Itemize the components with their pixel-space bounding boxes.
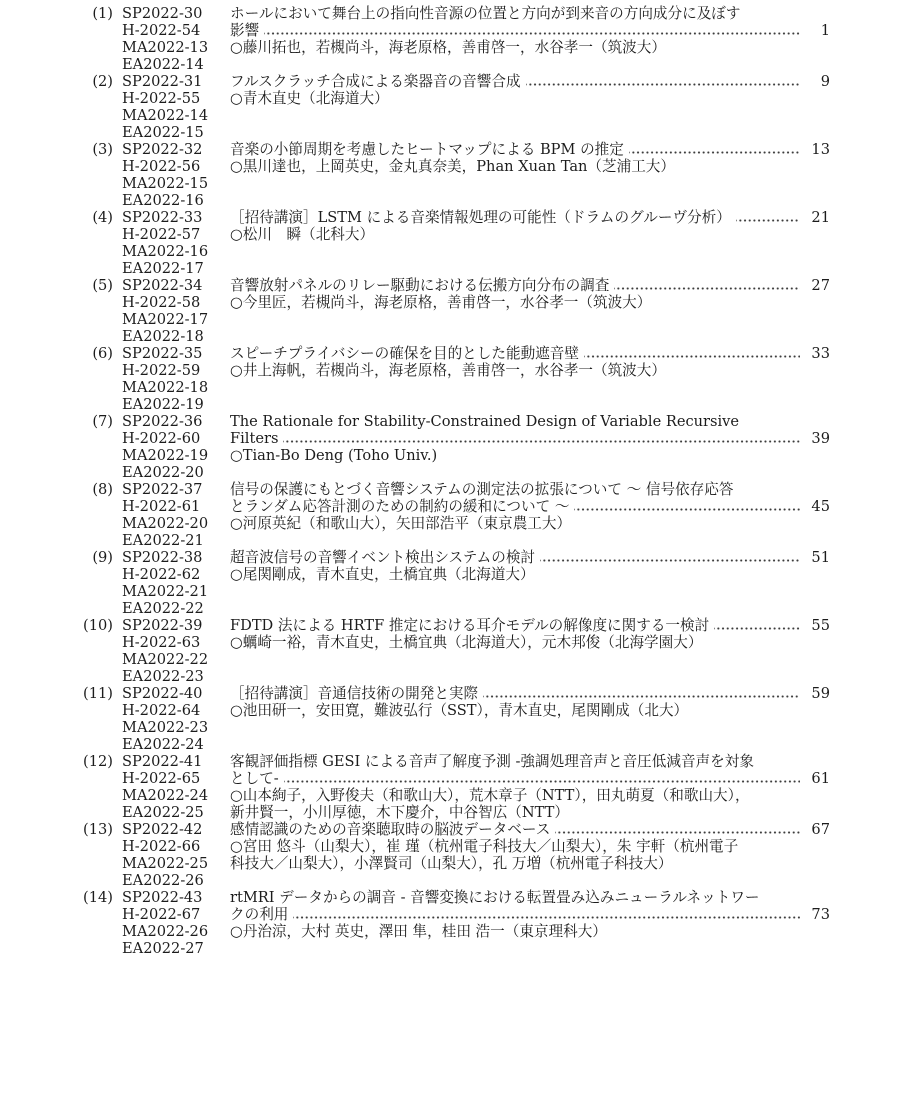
entry-title-text: スピーチプライバシーの確保を目的とした能動遮音壁 (230, 345, 579, 362)
entry-authors-line: ○丹治涼，大村 英史，澤田 隼，桂田 浩一（東京理科大） (230, 923, 830, 940)
entry-number: (3) (80, 141, 113, 158)
dot-leader (736, 209, 800, 226)
entry-page-number: 45 (808, 498, 830, 515)
entry-content: ［招待講演］LSTM による音楽情報処理の可能性（ドラムのグルーヴ分析）21○松… (230, 209, 830, 243)
paper-code: SP2022-39 (122, 617, 230, 634)
entry-title-line: Filters39 (230, 430, 830, 447)
entry-number: (8) (80, 481, 113, 498)
paper-code: MA2022-21 (122, 583, 230, 600)
entry-page-number: 21 (808, 209, 830, 226)
toc-entry: (4) SP2022-33H-2022-57MA2022-16EA2022-17… (80, 209, 830, 277)
paper-code: EA2022-26 (122, 872, 230, 889)
entry-title-line: 影響1 (230, 22, 830, 39)
entry-authors-line: ○山本絢子，入野俊夫（和歌山大），荒木章子（NTT），田丸萌夏（和歌山大）， (230, 787, 830, 804)
paper-code: H-2022-65 (122, 770, 230, 787)
entry-content: 音楽の小節周期を考慮したヒートマップによる BPM の推定13○黒川達也，上岡英… (230, 141, 830, 175)
entry-number: (2) (80, 73, 113, 90)
entry-codes: SP2022-32H-2022-56MA2022-15EA2022-16 (113, 141, 230, 209)
dot-leader (555, 821, 800, 838)
paper-code: H-2022-59 (122, 362, 230, 379)
entry-title-line: ［招待講演］音通信技術の開発と実際59 (230, 685, 830, 702)
entry-authors-line: ○黒川達也，上岡英史，金丸真奈美，Phan Xuan Tan（芝浦工大） (230, 158, 830, 175)
entry-title-line: 感情認識のための音楽聴取時の脳波データベース67 (230, 821, 830, 838)
paper-code: EA2022-22 (122, 600, 230, 617)
paper-code: MA2022-23 (122, 719, 230, 736)
entry-authors-line: ○青木直史（北海道大） (230, 90, 830, 107)
paper-code: SP2022-34 (122, 277, 230, 294)
entry-authors-line: ○松川 瞬（北科大） (230, 226, 830, 243)
entry-page-number: 1 (808, 22, 830, 39)
entry-title-line: ホールにおいて舞台上の指向性音源の位置と方向が到来音の方向成分に及ぼす (230, 5, 830, 22)
entry-title-line: 音楽の小節周期を考慮したヒートマップによる BPM の推定13 (230, 141, 830, 158)
dot-leader (540, 549, 800, 566)
dot-leader (629, 141, 800, 158)
entry-title-line: FDTD 法による HRTF 推定における耳介モデルの解像度に関する一検討55 (230, 617, 830, 634)
paper-code: H-2022-60 (122, 430, 230, 447)
paper-code: H-2022-67 (122, 906, 230, 923)
paper-code: EA2022-16 (122, 192, 230, 209)
paper-code: SP2022-30 (122, 5, 230, 22)
entry-title-text: フルスクラッチ合成による楽器音の音響合成 (230, 73, 521, 90)
paper-code: SP2022-33 (122, 209, 230, 226)
paper-code: H-2022-55 (122, 90, 230, 107)
entry-codes: SP2022-31H-2022-55MA2022-14EA2022-15 (113, 73, 230, 141)
paper-code: MA2022-13 (122, 39, 230, 56)
entry-codes: SP2022-38H-2022-62MA2022-21EA2022-22 (113, 549, 230, 617)
entry-title-text: 超音波信号の音響イベント検出システムの検討 (230, 549, 535, 566)
entry-page-number: 51 (808, 549, 830, 566)
entry-page-number: 61 (808, 770, 830, 787)
dot-leader (574, 498, 800, 515)
paper-code: EA2022-23 (122, 668, 230, 685)
paper-code: H-2022-54 (122, 22, 230, 39)
entry-codes: SP2022-43H-2022-67MA2022-26EA2022-27 (113, 889, 230, 957)
paper-code: EA2022-27 (122, 940, 230, 957)
toc-entry: (8) SP2022-37H-2022-61MA2022-20EA2022-21… (80, 481, 830, 549)
entry-number: (1) (80, 5, 113, 22)
paper-code: SP2022-35 (122, 345, 230, 362)
paper-code: H-2022-56 (122, 158, 230, 175)
toc-entry: (10) SP2022-39H-2022-63MA2022-22EA2022-2… (80, 617, 830, 685)
paper-code: H-2022-63 (122, 634, 230, 651)
entry-title-line: 信号の保護にもとづく音響システムの測定法の拡張について ～ 信号依存応答 (230, 481, 830, 498)
entry-number: (14) (80, 889, 113, 906)
entry-title-line: スピーチプライバシーの確保を目的とした能動遮音壁33 (230, 345, 830, 362)
entry-title-text: Filters (230, 430, 278, 447)
toc-entry: (14) SP2022-43H-2022-67MA2022-26EA2022-2… (80, 889, 830, 957)
entry-content: ホールにおいて舞台上の指向性音源の位置と方向が到来音の方向成分に及ぼす影響1○藤… (230, 5, 830, 56)
entry-codes: SP2022-39H-2022-63MA2022-22EA2022-23 (113, 617, 230, 685)
paper-code: SP2022-37 (122, 481, 230, 498)
paper-code: SP2022-41 (122, 753, 230, 770)
entry-authors-line: ○藤川拓也，若槻尚斗，海老原格，善甫啓一，水谷孝一（筑波大） (230, 39, 830, 56)
entry-number: (6) (80, 345, 113, 362)
entry-title-line: 音響放射パネルのリレー駆動における伝搬方向分布の調査27 (230, 277, 830, 294)
paper-code: EA2022-25 (122, 804, 230, 821)
entry-page-number: 39 (808, 430, 830, 447)
entry-title-line: ［招待講演］LSTM による音楽情報処理の可能性（ドラムのグルーヴ分析）21 (230, 209, 830, 226)
entry-authors-line: ○今里匠，若槻尚斗，海老原格，善甫啓一，水谷孝一（筑波大） (230, 294, 830, 311)
entry-codes: SP2022-40H-2022-64MA2022-23EA2022-24 (113, 685, 230, 753)
entry-page-number: 27 (808, 277, 830, 294)
entry-page-number: 13 (808, 141, 830, 158)
entry-number: (11) (80, 685, 113, 702)
entry-title-line: 客観評価指標 GESI による音声了解度予測 -強調処理音声と音圧低減音声を対象 (230, 753, 830, 770)
entry-page-number: 59 (808, 685, 830, 702)
paper-code: MA2022-20 (122, 515, 230, 532)
toc-entry: (3) SP2022-32H-2022-56MA2022-15EA2022-16… (80, 141, 830, 209)
entry-title-line: クの利用73 (230, 906, 830, 923)
toc-entry: (9) SP2022-38H-2022-62MA2022-21EA2022-22… (80, 549, 830, 617)
entry-number: (13) (80, 821, 113, 838)
paper-code: MA2022-17 (122, 311, 230, 328)
entry-content: ［招待講演］音通信技術の開発と実際59○池田研一，安田寛，難波弘行（SST），青… (230, 685, 830, 719)
paper-code: MA2022-24 (122, 787, 230, 804)
paper-code: MA2022-22 (122, 651, 230, 668)
entry-authors-line: ○井上海帆，若槻尚斗，海老原格，善甫啓一，水谷孝一（筑波大） (230, 362, 830, 379)
paper-code: SP2022-42 (122, 821, 230, 838)
entry-page-number: 55 (808, 617, 830, 634)
entry-content: 超音波信号の音響イベント検出システムの検討51○尾関剛成，青木直史，土橋宜典（北… (230, 549, 830, 583)
paper-code: H-2022-61 (122, 498, 230, 515)
paper-code: H-2022-62 (122, 566, 230, 583)
paper-code: MA2022-15 (122, 175, 230, 192)
dot-leader (283, 430, 800, 447)
dot-leader (483, 685, 800, 702)
entry-number: (12) (80, 753, 113, 770)
entry-authors-line: ○池田研一，安田寛，難波弘行（SST），青木直史，尾関剛成（北大） (230, 702, 830, 719)
entry-title-line: 超音波信号の音響イベント検出システムの検討51 (230, 549, 830, 566)
paper-code: MA2022-14 (122, 107, 230, 124)
entry-title-line: フルスクラッチ合成による楽器音の音響合成9 (230, 73, 830, 90)
entry-authors-line: ○尾関剛成，青木直史，土橋宜典（北海道大） (230, 566, 830, 583)
entry-title-line: とランダム応答計測のための制約の緩和について ～45 (230, 498, 830, 515)
paper-code: H-2022-58 (122, 294, 230, 311)
paper-code: H-2022-57 (122, 226, 230, 243)
toc-entry: (6) SP2022-35H-2022-59MA2022-18EA2022-19… (80, 345, 830, 413)
entry-number: (10) (80, 617, 113, 634)
paper-code: MA2022-19 (122, 447, 230, 464)
entry-title-text: とランダム応答計測のための制約の緩和について ～ (230, 498, 569, 515)
paper-code: MA2022-25 (122, 855, 230, 872)
toc-entry: (12) SP2022-41H-2022-65MA2022-24EA2022-2… (80, 753, 830, 821)
paper-code: EA2022-19 (122, 396, 230, 413)
paper-code: H-2022-66 (122, 838, 230, 855)
toc-entry: (11) SP2022-40H-2022-64MA2022-23EA2022-2… (80, 685, 830, 753)
entry-content: FDTD 法による HRTF 推定における耳介モデルの解像度に関する一検討55○… (230, 617, 830, 651)
toc-entry: (7) SP2022-36H-2022-60MA2022-19EA2022-20… (80, 413, 830, 481)
entry-content: 信号の保護にもとづく音響システムの測定法の拡張について ～ 信号依存応答とランダ… (230, 481, 830, 532)
entry-content: 客観評価指標 GESI による音声了解度予測 -強調処理音声と音圧低減音声を対象… (230, 753, 830, 821)
entry-number: (9) (80, 549, 113, 566)
entry-content: The Rationale for Stability-Constrained … (230, 413, 830, 464)
entry-page-number: 73 (808, 906, 830, 923)
entry-title-text: ［招待講演］音通信技術の開発と実際 (230, 685, 478, 702)
paper-code: EA2022-20 (122, 464, 230, 481)
entry-title-text: ［招待講演］LSTM による音楽情報処理の可能性（ドラムのグルーヴ分析） (230, 209, 731, 226)
paper-code: MA2022-18 (122, 379, 230, 396)
paper-code: SP2022-31 (122, 73, 230, 90)
table-of-contents: (1) SP2022-30H-2022-54MA2022-13EA2022-14… (80, 5, 830, 957)
toc-entry: (2) SP2022-31H-2022-55MA2022-14EA2022-15… (80, 73, 830, 141)
entry-content: フルスクラッチ合成による楽器音の音響合成9○青木直史（北海道大） (230, 73, 830, 107)
dot-leader (584, 345, 800, 362)
entry-authors-line: ○Tian-Bo Deng (Toho Univ.) (230, 447, 830, 464)
entry-content: 感情認識のための音楽聴取時の脳波データベース67○宮田 悠斗（山梨大），崔 瑾（… (230, 821, 830, 872)
entry-authors-line: ○宮田 悠斗（山梨大），崔 瑾（杭州電子科技大／山梨大），朱 宇軒（杭州電子 (230, 838, 830, 855)
entry-title-text: 音響放射パネルのリレー駆動における伝搬方向分布の調査 (230, 277, 609, 294)
paper-code: EA2022-14 (122, 56, 230, 73)
entry-authors-line: 新井賢一，小川厚徳，木下慶介，中谷智広（NTT） (230, 804, 830, 821)
toc-entry: (5) SP2022-34H-2022-58MA2022-17EA2022-18… (80, 277, 830, 345)
entry-title-text: 音楽の小節周期を考慮したヒートマップによる BPM の推定 (230, 141, 624, 158)
toc-entry: (13) SP2022-42H-2022-66MA2022-25EA2022-2… (80, 821, 830, 889)
paper-code: MA2022-16 (122, 243, 230, 260)
dot-leader (614, 277, 800, 294)
paper-code: EA2022-15 (122, 124, 230, 141)
paper-code: EA2022-18 (122, 328, 230, 345)
entry-title-text: クの利用 (230, 906, 288, 923)
entry-codes: SP2022-41H-2022-65MA2022-24EA2022-25 (113, 753, 230, 821)
paper-code: EA2022-24 (122, 736, 230, 753)
entry-codes: SP2022-36H-2022-60MA2022-19EA2022-20 (113, 413, 230, 481)
entry-authors-line: ○河原英紀（和歌山大），矢田部浩平（東京農工大） (230, 515, 830, 532)
entry-page-number: 9 (808, 73, 830, 90)
entry-content: 音響放射パネルのリレー駆動における伝搬方向分布の調査27○今里匠，若槻尚斗，海老… (230, 277, 830, 311)
entry-number: (5) (80, 277, 113, 294)
paper-code: SP2022-40 (122, 685, 230, 702)
entry-title-text: として- (230, 770, 279, 787)
entry-title-text: 影響 (230, 22, 259, 39)
entry-codes: SP2022-33H-2022-57MA2022-16EA2022-17 (113, 209, 230, 277)
dot-leader (293, 906, 800, 923)
entry-authors-line: 科技大／山梨大），小澤賢司（山梨大），孔 万増（杭州電子科技大） (230, 855, 830, 872)
entry-page-number: 67 (808, 821, 830, 838)
entry-codes: SP2022-37H-2022-61MA2022-20EA2022-21 (113, 481, 230, 549)
entry-authors-line: ○蠣崎一裕，青木直史，土橋宜典（北海道大），元木邦俊（北海学園大） (230, 634, 830, 651)
entry-title-text: 感情認識のための音楽聴取時の脳波データベース (230, 821, 550, 838)
entry-codes: SP2022-42H-2022-66MA2022-25EA2022-26 (113, 821, 230, 889)
entry-codes: SP2022-34H-2022-58MA2022-17EA2022-18 (113, 277, 230, 345)
entry-title-line: The Rationale for Stability-Constrained … (230, 413, 830, 430)
paper-code: SP2022-36 (122, 413, 230, 430)
entry-codes: SP2022-30H-2022-54MA2022-13EA2022-14 (113, 5, 230, 73)
paper-code: EA2022-21 (122, 532, 230, 549)
entry-title-text: FDTD 法による HRTF 推定における耳介モデルの解像度に関する一検討 (230, 617, 709, 634)
paper-code: H-2022-64 (122, 702, 230, 719)
entry-title-line: rtMRI データからの調音 - 音響変換における転置畳み込みニューラルネットワ… (230, 889, 830, 906)
toc-entry: (1) SP2022-30H-2022-54MA2022-13EA2022-14… (80, 5, 830, 73)
paper-code: EA2022-17 (122, 260, 230, 277)
entry-page-number: 33 (808, 345, 830, 362)
dot-leader (526, 73, 800, 90)
entry-content: スピーチプライバシーの確保を目的とした能動遮音壁33○井上海帆，若槻尚斗，海老原… (230, 345, 830, 379)
paper-code: SP2022-38 (122, 549, 230, 566)
entry-content: rtMRI データからの調音 - 音響変換における転置畳み込みニューラルネットワ… (230, 889, 830, 940)
entry-codes: SP2022-35H-2022-59MA2022-18EA2022-19 (113, 345, 230, 413)
paper-code: MA2022-26 (122, 923, 230, 940)
paper-code: SP2022-43 (122, 889, 230, 906)
entry-number: (7) (80, 413, 113, 430)
dot-leader (264, 22, 800, 39)
dot-leader (714, 617, 800, 634)
dot-leader (284, 770, 800, 787)
entry-title-line: として-61 (230, 770, 830, 787)
entry-number: (4) (80, 209, 113, 226)
paper-code: SP2022-32 (122, 141, 230, 158)
